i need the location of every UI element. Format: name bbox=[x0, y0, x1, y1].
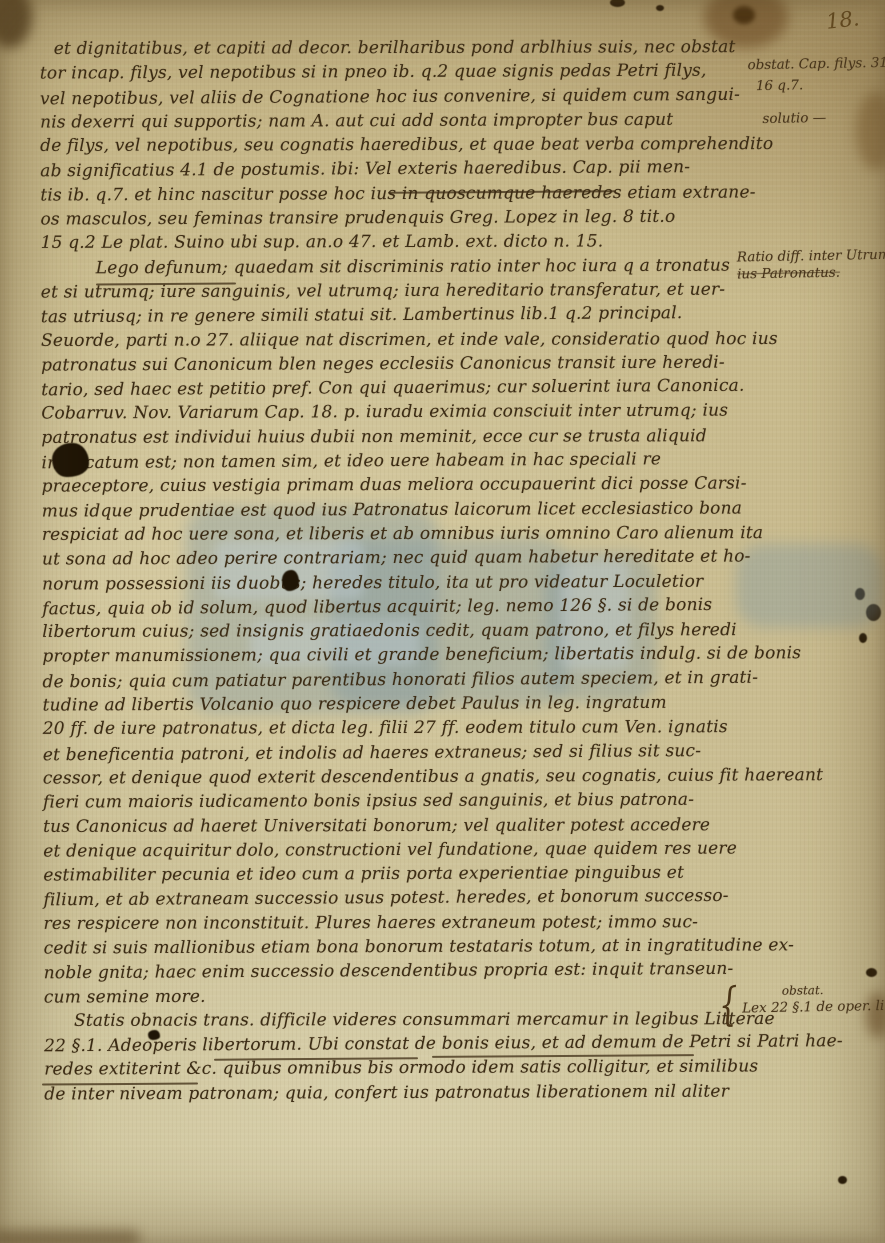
manuscript-line: et dignitatibus, et capiti ad decor. ber… bbox=[40, 35, 746, 61]
manuscript-line: norum possessioni iis duobus; heredes ti… bbox=[42, 569, 748, 596]
manuscript-line: et denique acquiritur dolo, construction… bbox=[43, 836, 749, 863]
manuscript-line: vel nepotibus, vel aliis de Cognatione h… bbox=[40, 82, 746, 111]
manuscript-line: respiciat ad hoc uere sona, et liberis e… bbox=[42, 521, 748, 547]
manuscript-line: 15 q.2 Le plat. Suino ubi sup. an.o 47. … bbox=[41, 229, 747, 255]
ink-blot-small bbox=[282, 570, 299, 591]
ink-blot-tiny bbox=[148, 1030, 160, 1040]
manuscript-line: tor incap. filys, vel nepotibus si in pn… bbox=[40, 59, 746, 86]
manuscript-line: fieri cum maioris iudicamento bonis ipsi… bbox=[43, 788, 749, 815]
margin-note-ratio-diff: Ratio diff. inter Utrumq; ius Patronatus… bbox=[737, 247, 885, 284]
ink-speck-right-4 bbox=[866, 968, 877, 977]
manuscript-line: res respicere non inconstituit. Plures h… bbox=[44, 910, 750, 936]
manuscript-line: nis dexerri qui supportis; nam A. aut cu… bbox=[40, 107, 746, 134]
manuscript-line: filium, et ab extraneam successio usus p… bbox=[43, 884, 749, 913]
manuscript-line: tudine ad libertis Volcanio quo respicer… bbox=[43, 690, 749, 717]
manuscript-line: 20 ff. de iure patronatus, et dicta leg.… bbox=[43, 715, 749, 741]
corner-stain-top-left bbox=[0, 0, 32, 48]
page-number: 18. bbox=[825, 6, 861, 33]
margin-note-line: solutio — bbox=[748, 109, 885, 129]
ink-blot-large bbox=[52, 443, 89, 477]
margin-brace: { bbox=[718, 978, 739, 1032]
manuscript-line: ut sona ad hoc adeo perire contrariam; n… bbox=[42, 545, 748, 572]
manuscript-line: noble gnita; haec enim successio descend… bbox=[44, 957, 750, 986]
manuscript-line: tario, sed haec est petitio pref. Con qu… bbox=[41, 374, 747, 403]
manuscript-line: cum semine more. bbox=[44, 982, 750, 1009]
manuscript-line: factus, quia ob id solum, quod libertus … bbox=[42, 593, 748, 622]
manuscript-line: inculcatum est; non tamen sim, et ideo u… bbox=[41, 447, 747, 476]
manuscript-line: tis ib. q.7. et hinc nascitur posse hoc … bbox=[40, 180, 746, 207]
margin-note-line: 16 q.7. bbox=[748, 76, 885, 96]
stain-core-top-right bbox=[733, 6, 755, 24]
ink-speck-top-1 bbox=[610, 0, 625, 7]
margin-note-line: Lex 22 §.1 de oper. liber. bbox=[742, 998, 885, 1018]
manuscript-line: patronatus est individui huius dubii non… bbox=[41, 424, 747, 450]
margin-note-obstat-cap: obstat. Cap. filys. 31. 16 q.7. solutio … bbox=[747, 55, 885, 129]
margin-note-obstat-lex: obstat. Lex 22 §.1 de oper. liber. bbox=[742, 981, 885, 1018]
margin-note-line: ius Patronatus. bbox=[737, 264, 885, 284]
ink-speck-right-3 bbox=[859, 633, 867, 643]
ink-speck-right-5 bbox=[838, 1176, 847, 1184]
manuscript-line: Cobarruv. Nov. Variarum Cap. 18. p. iura… bbox=[41, 399, 747, 426]
manuscript-line: libertorum cuius; sed insignis gratiaedo… bbox=[42, 618, 748, 644]
manuscript-line: tus Canonicus ad haeret Universitati bon… bbox=[43, 813, 749, 839]
manuscript-line: et beneficentia patroni, et indolis ad h… bbox=[43, 738, 749, 767]
manuscript-line: mus idque prudentiae est quod ius Patron… bbox=[42, 496, 748, 523]
margin-note-line: obstat. Cap. filys. 31. bbox=[747, 55, 885, 75]
manuscript-line: de bonis; quia cum patiatur parentibus h… bbox=[42, 665, 748, 694]
watermark-stain bbox=[736, 544, 884, 628]
margin-note-line: Ratio diff. inter Utrumq; bbox=[737, 247, 885, 267]
stain-bottom-edge bbox=[0, 1230, 140, 1243]
manuscript-line: propter manumissionem; qua civili et gra… bbox=[42, 642, 748, 669]
manuscript-page: 18. et dignitatibus, et capiti ad decor.… bbox=[0, 0, 885, 1243]
manuscript-line: Seuorde, parti n.o 27. aliique nat discr… bbox=[41, 327, 747, 353]
manuscript-line: tas utriusq; in re genere simili statui … bbox=[41, 301, 747, 330]
manuscript-line: Lego defunum; quaedam sit discriminis ra… bbox=[41, 253, 747, 280]
manuscript-line: cessor, et denique quod exterit descende… bbox=[43, 763, 749, 790]
manuscript-text: et dignitatibus, et capiti ad decor. ber… bbox=[40, 34, 751, 1106]
ink-speck-top-2 bbox=[656, 5, 664, 11]
manuscript-line: Statis obnacis trans. difficile videres … bbox=[44, 1007, 750, 1033]
manuscript-line: praeceptore, cuius vestigia primam duas … bbox=[42, 472, 748, 499]
manuscript-line: os masculos, seu feminas transire pruden… bbox=[40, 205, 746, 232]
